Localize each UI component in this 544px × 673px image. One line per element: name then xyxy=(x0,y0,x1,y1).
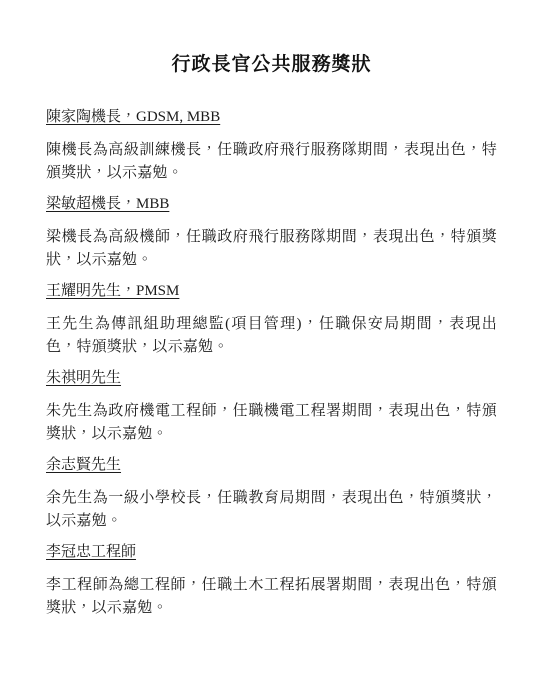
award-entry: 王耀明先生，PMSM 王先生為傳訊組助理總監(項目管理)，任職保安局期間，表現出… xyxy=(46,281,497,359)
citation-text: 朱先生為政府機電工程師，任職機電工程署期間，表現出色，特頒獎狀，以示嘉勉。 xyxy=(46,400,497,446)
document-page: 行政長官公共服務獎狀 陳家陶機長，GDSM, MBB 陳機長為高級訓練機長，任職… xyxy=(0,0,544,673)
citation-text: 余先生為一級小學校長，任職教育局期間，表現出色，特頒獎狀，以示嘉勉。 xyxy=(46,487,497,533)
citation-text: 李工程師為總工程師，任職土木工程拓展署期間，表現出色，特頒獎狀，以示嘉勉。 xyxy=(46,574,497,620)
award-entry: 余志賢先生 余先生為一級小學校長，任職教育局期間，表現出色，特頒獎狀，以示嘉勉。 xyxy=(46,455,497,533)
award-entry: 朱祺明先生 朱先生為政府機電工程師，任職機電工程署期間，表現出色，特頒獎狀，以示… xyxy=(46,368,497,446)
recipient-name: 李冠忠工程師 xyxy=(46,542,497,562)
citation-text: 梁機長為高級機師，任職政府飛行服務隊期間，表現出色，特頒獎狀，以示嘉勉。 xyxy=(46,226,497,272)
document-content: 行政長官公共服務獎狀 陳家陶機長，GDSM, MBB 陳機長為高級訓練機長，任職… xyxy=(0,0,544,620)
recipient-name: 陳家陶機長，GDSM, MBB xyxy=(46,107,497,127)
page-title: 行政長官公共服務獎狀 xyxy=(46,52,497,78)
recipient-name: 梁敏超機長，MBB xyxy=(46,194,497,214)
award-entry: 陳家陶機長，GDSM, MBB 陳機長為高級訓練機長，任職政府飛行服務隊期間，表… xyxy=(46,107,497,185)
citation-text: 陳機長為高級訓練機長，任職政府飛行服務隊期間，表現出色，特頒獎狀，以示嘉勉。 xyxy=(46,139,497,185)
award-entry: 梁敏超機長，MBB 梁機長為高級機師，任職政府飛行服務隊期間，表現出色，特頒獎狀… xyxy=(46,194,497,272)
citation-text: 王先生為傳訊組助理總監(項目管理)，任職保安局期間，表現出色，特頒獎狀，以示嘉勉… xyxy=(46,313,497,359)
recipient-name: 王耀明先生，PMSM xyxy=(46,281,497,301)
recipient-name: 余志賢先生 xyxy=(46,455,497,475)
award-entry: 李冠忠工程師 李工程師為總工程師，任職土木工程拓展署期間，表現出色，特頒獎狀，以… xyxy=(46,542,497,620)
recipient-name: 朱祺明先生 xyxy=(46,368,497,388)
